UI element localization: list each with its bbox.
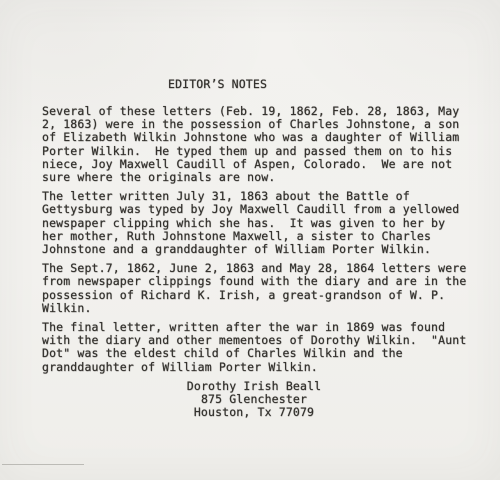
scan-artifact-line [2,464,84,465]
text-column: EDITOR’S NOTES Several of these letters … [42,78,466,419]
paragraph-gettysburg-letter: The letter written July 31, 1863 about t… [42,190,466,256]
paragraph-newspaper-clippings: The Sept.7, 1862, June 2, 1863 and May 2… [42,262,466,315]
paragraph-provenance-letters: Several of these letters (Feb. 19, 1862,… [42,105,466,184]
paragraph-final-letter: The final letter, written after the war … [42,321,466,374]
page-title: EDITOR’S NOTES [42,78,466,91]
scanned-page: EDITOR’S NOTES Several of these letters … [0,0,500,480]
signature-block: Dorothy Irish Beall 875 Glenchester Hous… [42,380,466,420]
